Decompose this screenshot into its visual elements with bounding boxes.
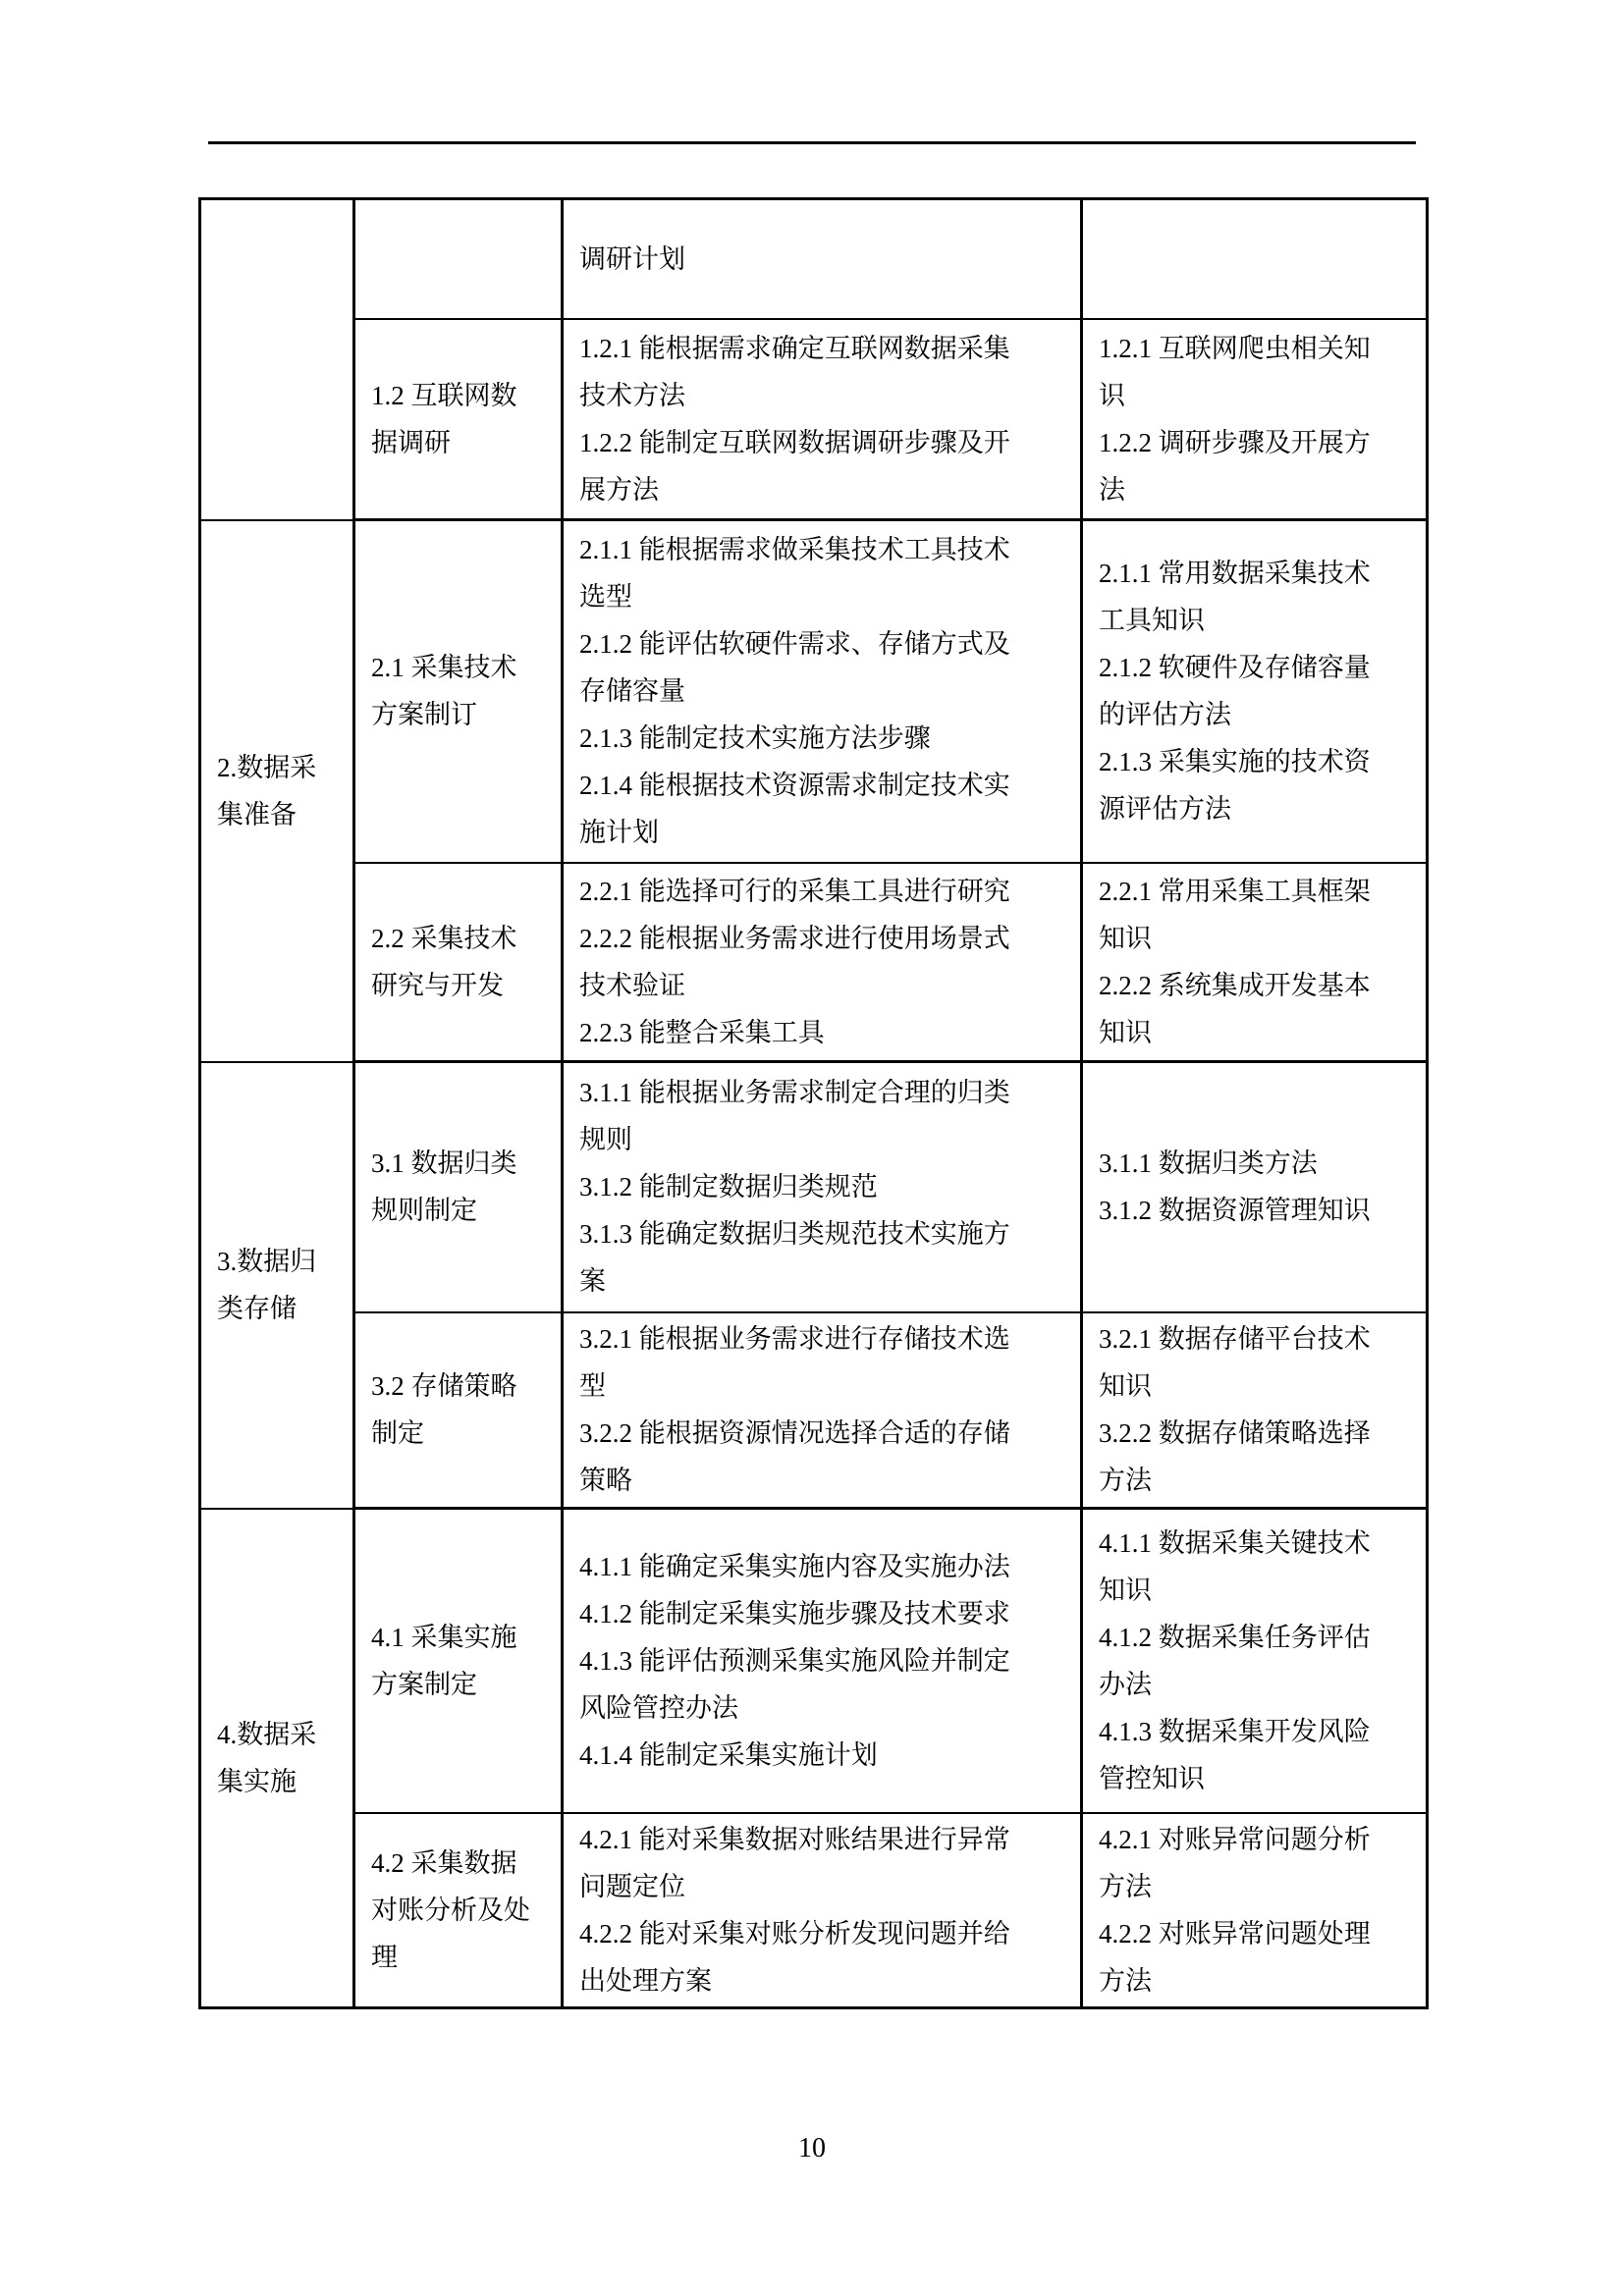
document-page: 调研计划 1.2 互联网数 据调研 1.2.1 能根据需求确定互联网数据采集 技… <box>0 0 1624 2296</box>
skills-cell: 调研计划 <box>563 199 1082 319</box>
header-divider-rule <box>208 141 1416 144</box>
task-cell <box>354 199 563 319</box>
task-cell: 2.1 采集技术 方案制订 <box>354 520 563 863</box>
knowledge-cell: 4.2.1 对账异常问题分析 方法 4.2.2 对账异常问题处理 方法 <box>1082 1813 1428 2008</box>
category-cell <box>200 199 354 520</box>
knowledge-cell: 3.1.1 数据归类方法 3.1.2 数据资源管理知识 <box>1082 1062 1428 1312</box>
knowledge-cell <box>1082 199 1428 319</box>
table-row: 调研计划 <box>200 199 1428 319</box>
table-row: 2.数据采 集准备 2.1 采集技术 方案制订 2.1.1 能根据需求做采集技术… <box>200 520 1428 863</box>
knowledge-cell: 1.2.1 互联网爬虫相关知 识 1.2.2 调研步骤及开展方 法 <box>1082 319 1428 520</box>
knowledge-cell: 2.1.1 常用数据采集技术 工具知识 2.1.2 软硬件及存储容量 的评估方法… <box>1082 520 1428 863</box>
skills-cell: 3.1.1 能根据业务需求制定合理的归类 规则 3.1.2 能制定数据归类规范 … <box>563 1062 1082 1312</box>
table-row: 3.2 存储策略 制定 3.2.1 能根据业务需求进行存储技术选 型 3.2.2… <box>200 1312 1428 1509</box>
skills-cell: 1.2.1 能根据需求确定互联网数据采集 技术方法 1.2.2 能制定互联网数据… <box>563 319 1082 520</box>
skills-cell: 2.2.1 能选择可行的采集工具进行研究 2.2.2 能根据业务需求进行使用场景… <box>563 863 1082 1062</box>
task-cell: 3.1 数据归类 规则制定 <box>354 1062 563 1312</box>
table-row: 2.2 采集技术 研究与开发 2.2.1 能选择可行的采集工具进行研究 2.2.… <box>200 863 1428 1062</box>
category-cell: 2.数据采 集准备 <box>200 520 354 1062</box>
table-row: 4.数据采 集实施 4.1 采集实施 方案制定 4.1.1 能确定采集实施内容及… <box>200 1509 1428 1813</box>
task-cell: 4.2 采集数据 对账分析及处 理 <box>354 1813 563 2008</box>
skills-cell: 3.2.1 能根据业务需求进行存储技术选 型 3.2.2 能根据资源情况选择合适… <box>563 1312 1082 1509</box>
skills-cell: 4.2.1 能对采集数据对账结果进行异常 问题定位 4.2.2 能对采集对账分析… <box>563 1813 1082 2008</box>
skills-cell: 4.1.1 能确定采集实施内容及实施办法 4.1.2 能制定采集实施步骤及技术要… <box>563 1509 1082 1813</box>
skills-cell: 2.1.1 能根据需求做采集技术工具技术 选型 2.1.2 能评估软硬件需求、存… <box>563 520 1082 863</box>
task-cell: 2.2 采集技术 研究与开发 <box>354 863 563 1062</box>
page-number: 10 <box>0 2132 1624 2165</box>
table-row: 1.2 互联网数 据调研 1.2.1 能根据需求确定互联网数据采集 技术方法 1… <box>200 319 1428 520</box>
knowledge-cell: 2.2.1 常用采集工具框架 知识 2.2.2 系统集成开发基本 知识 <box>1082 863 1428 1062</box>
task-cell: 3.2 存储策略 制定 <box>354 1312 563 1509</box>
task-cell: 1.2 互联网数 据调研 <box>354 319 563 520</box>
task-cell: 4.1 采集实施 方案制定 <box>354 1509 563 1813</box>
knowledge-cell: 4.1.1 数据采集关键技术 知识 4.1.2 数据采集任务评估 办法 4.1.… <box>1082 1509 1428 1813</box>
knowledge-cell: 3.2.1 数据存储平台技术 知识 3.2.2 数据存储策略选择 方法 <box>1082 1312 1428 1509</box>
occupation-standard-table: 调研计划 1.2 互联网数 据调研 1.2.1 能根据需求确定互联网数据采集 技… <box>198 197 1429 2009</box>
category-cell: 4.数据采 集实施 <box>200 1509 354 2008</box>
table-row: 3.数据归 类存储 3.1 数据归类 规则制定 3.1.1 能根据业务需求制定合… <box>200 1062 1428 1312</box>
table-row: 4.2 采集数据 对账分析及处 理 4.2.1 能对采集数据对账结果进行异常 问… <box>200 1813 1428 2008</box>
category-cell: 3.数据归 类存储 <box>200 1062 354 1509</box>
